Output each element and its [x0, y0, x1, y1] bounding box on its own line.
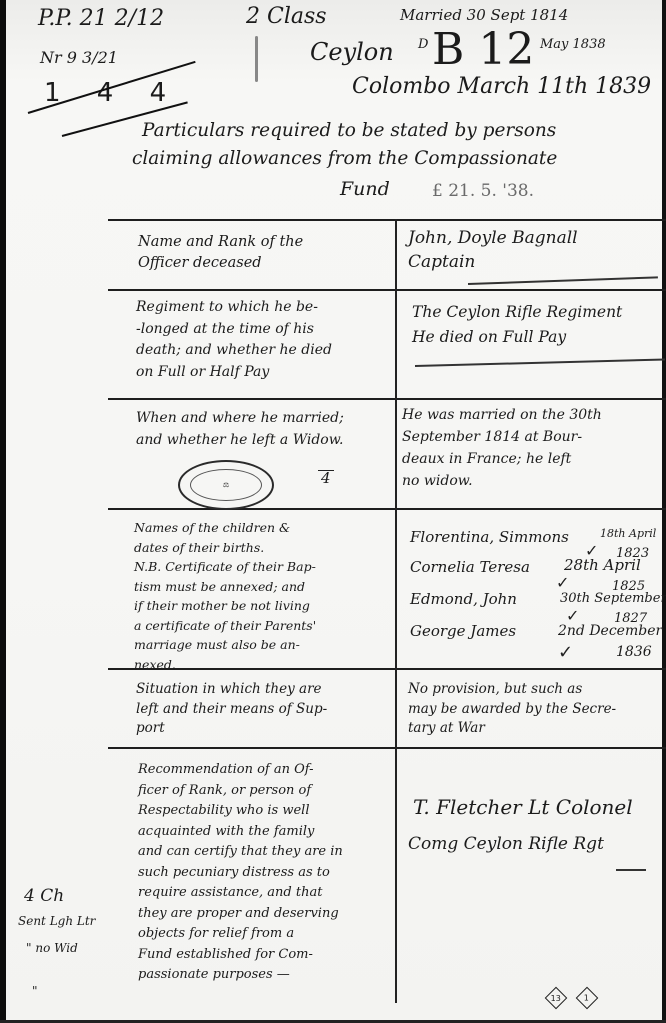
folio-diamond-mark: 13	[545, 987, 568, 1010]
question-regiment: Regiment to which he be- -longed at the …	[136, 297, 332, 383]
child-year-4: 1836	[616, 645, 652, 659]
folio-prefix: D	[418, 38, 428, 51]
signature-line-2: Comg Ceylon Rifle Rgt	[408, 836, 604, 853]
folio-mark-label: 1	[584, 994, 589, 1003]
reference-note-pp: P.P. 21 2/12	[38, 8, 164, 30]
answer-regiment: The Ceylon Rifle Regiment He died on Ful…	[412, 300, 622, 350]
question-name-rank: Name and Rank of the Officer deceased	[138, 232, 303, 273]
answer-underline	[415, 358, 665, 366]
question-marriage: When and where he married; and whether h…	[136, 407, 344, 451]
answer-underline	[468, 276, 658, 284]
table-rule	[108, 508, 666, 510]
table-rule	[108, 398, 666, 400]
folio-diamond-mark: 1	[576, 987, 599, 1010]
question-recommendation: Recommendation of an Of- ficer of Rank, …	[138, 760, 343, 986]
manuscript-page: P.P. 21 2/12 Nr 9 3/21 1 4 4 2 Class Mar…	[0, 0, 666, 1023]
answer-name-rank: John, Doyle Bagnall Captain	[408, 226, 578, 274]
margin-note-sent: Sent Lgh Ltr	[18, 915, 95, 927]
signature-underline	[616, 869, 646, 871]
fraction-mark: 4	[318, 470, 334, 486]
signature-line-1: T. Fletcher Lt Colonel	[413, 797, 633, 817]
title-line-1: Particulars required to be stated by per…	[142, 122, 556, 141]
question-children: Names of the children & dates of their b…	[134, 518, 316, 674]
child-name-3: Edmond, John	[410, 592, 517, 607]
amount-note: £ 21. 5. '38.	[432, 183, 534, 200]
margin-note-ditto: "	[32, 985, 38, 997]
folio-mark: B 12	[432, 28, 534, 72]
checkmark-icon: ✓	[556, 573, 569, 592]
embossed-seal-stamp: ⚖	[178, 460, 274, 510]
answer-situation: No provision, but such as may be awarded…	[408, 680, 616, 739]
title-line-2: claiming allowances from the Compassiona…	[132, 150, 557, 169]
child-name-4: George James	[410, 624, 516, 639]
answer-marriage: He was married on the 30th September 181…	[402, 404, 602, 492]
table-rule	[108, 289, 666, 291]
title-line-3: Fund	[340, 180, 390, 199]
scan-right-edge	[662, 0, 666, 1023]
scan-left-edge	[0, 0, 6, 1023]
class-note: 2 Class	[246, 6, 327, 28]
table-column-divider	[395, 219, 397, 1003]
seal-inner-icon: ⚖	[190, 469, 262, 501]
table-rule	[108, 747, 666, 749]
place: Ceylon	[310, 40, 394, 64]
fold-mark	[255, 36, 258, 82]
marriage-marginal-note: Married 30 Sept 1814	[400, 8, 568, 23]
child-date-4: 2nd December	[558, 624, 662, 638]
child-date-3: 30th September	[560, 592, 666, 605]
child-date-1: 18th April	[600, 528, 656, 539]
checkmark-icon: ✓	[558, 642, 573, 663]
reference-note-struck: Nr 9 3/21	[40, 50, 118, 66]
child-name-2: Cornelia Teresa	[410, 560, 530, 575]
date-line: Colombo March 11th 1839	[352, 76, 651, 98]
folio-mark-label: 13	[551, 994, 561, 1003]
margin-note-no-widow: " no Wid	[26, 942, 78, 954]
question-situation: Situation in which they are left and the…	[136, 680, 327, 739]
table-rule-top	[108, 219, 666, 221]
child-name-1: Florentina, Simmons	[410, 530, 569, 545]
child-date-2: 28th April	[564, 558, 641, 573]
folio-note: May 1838	[540, 38, 606, 51]
margin-note-children: 4 Ch	[24, 888, 64, 905]
